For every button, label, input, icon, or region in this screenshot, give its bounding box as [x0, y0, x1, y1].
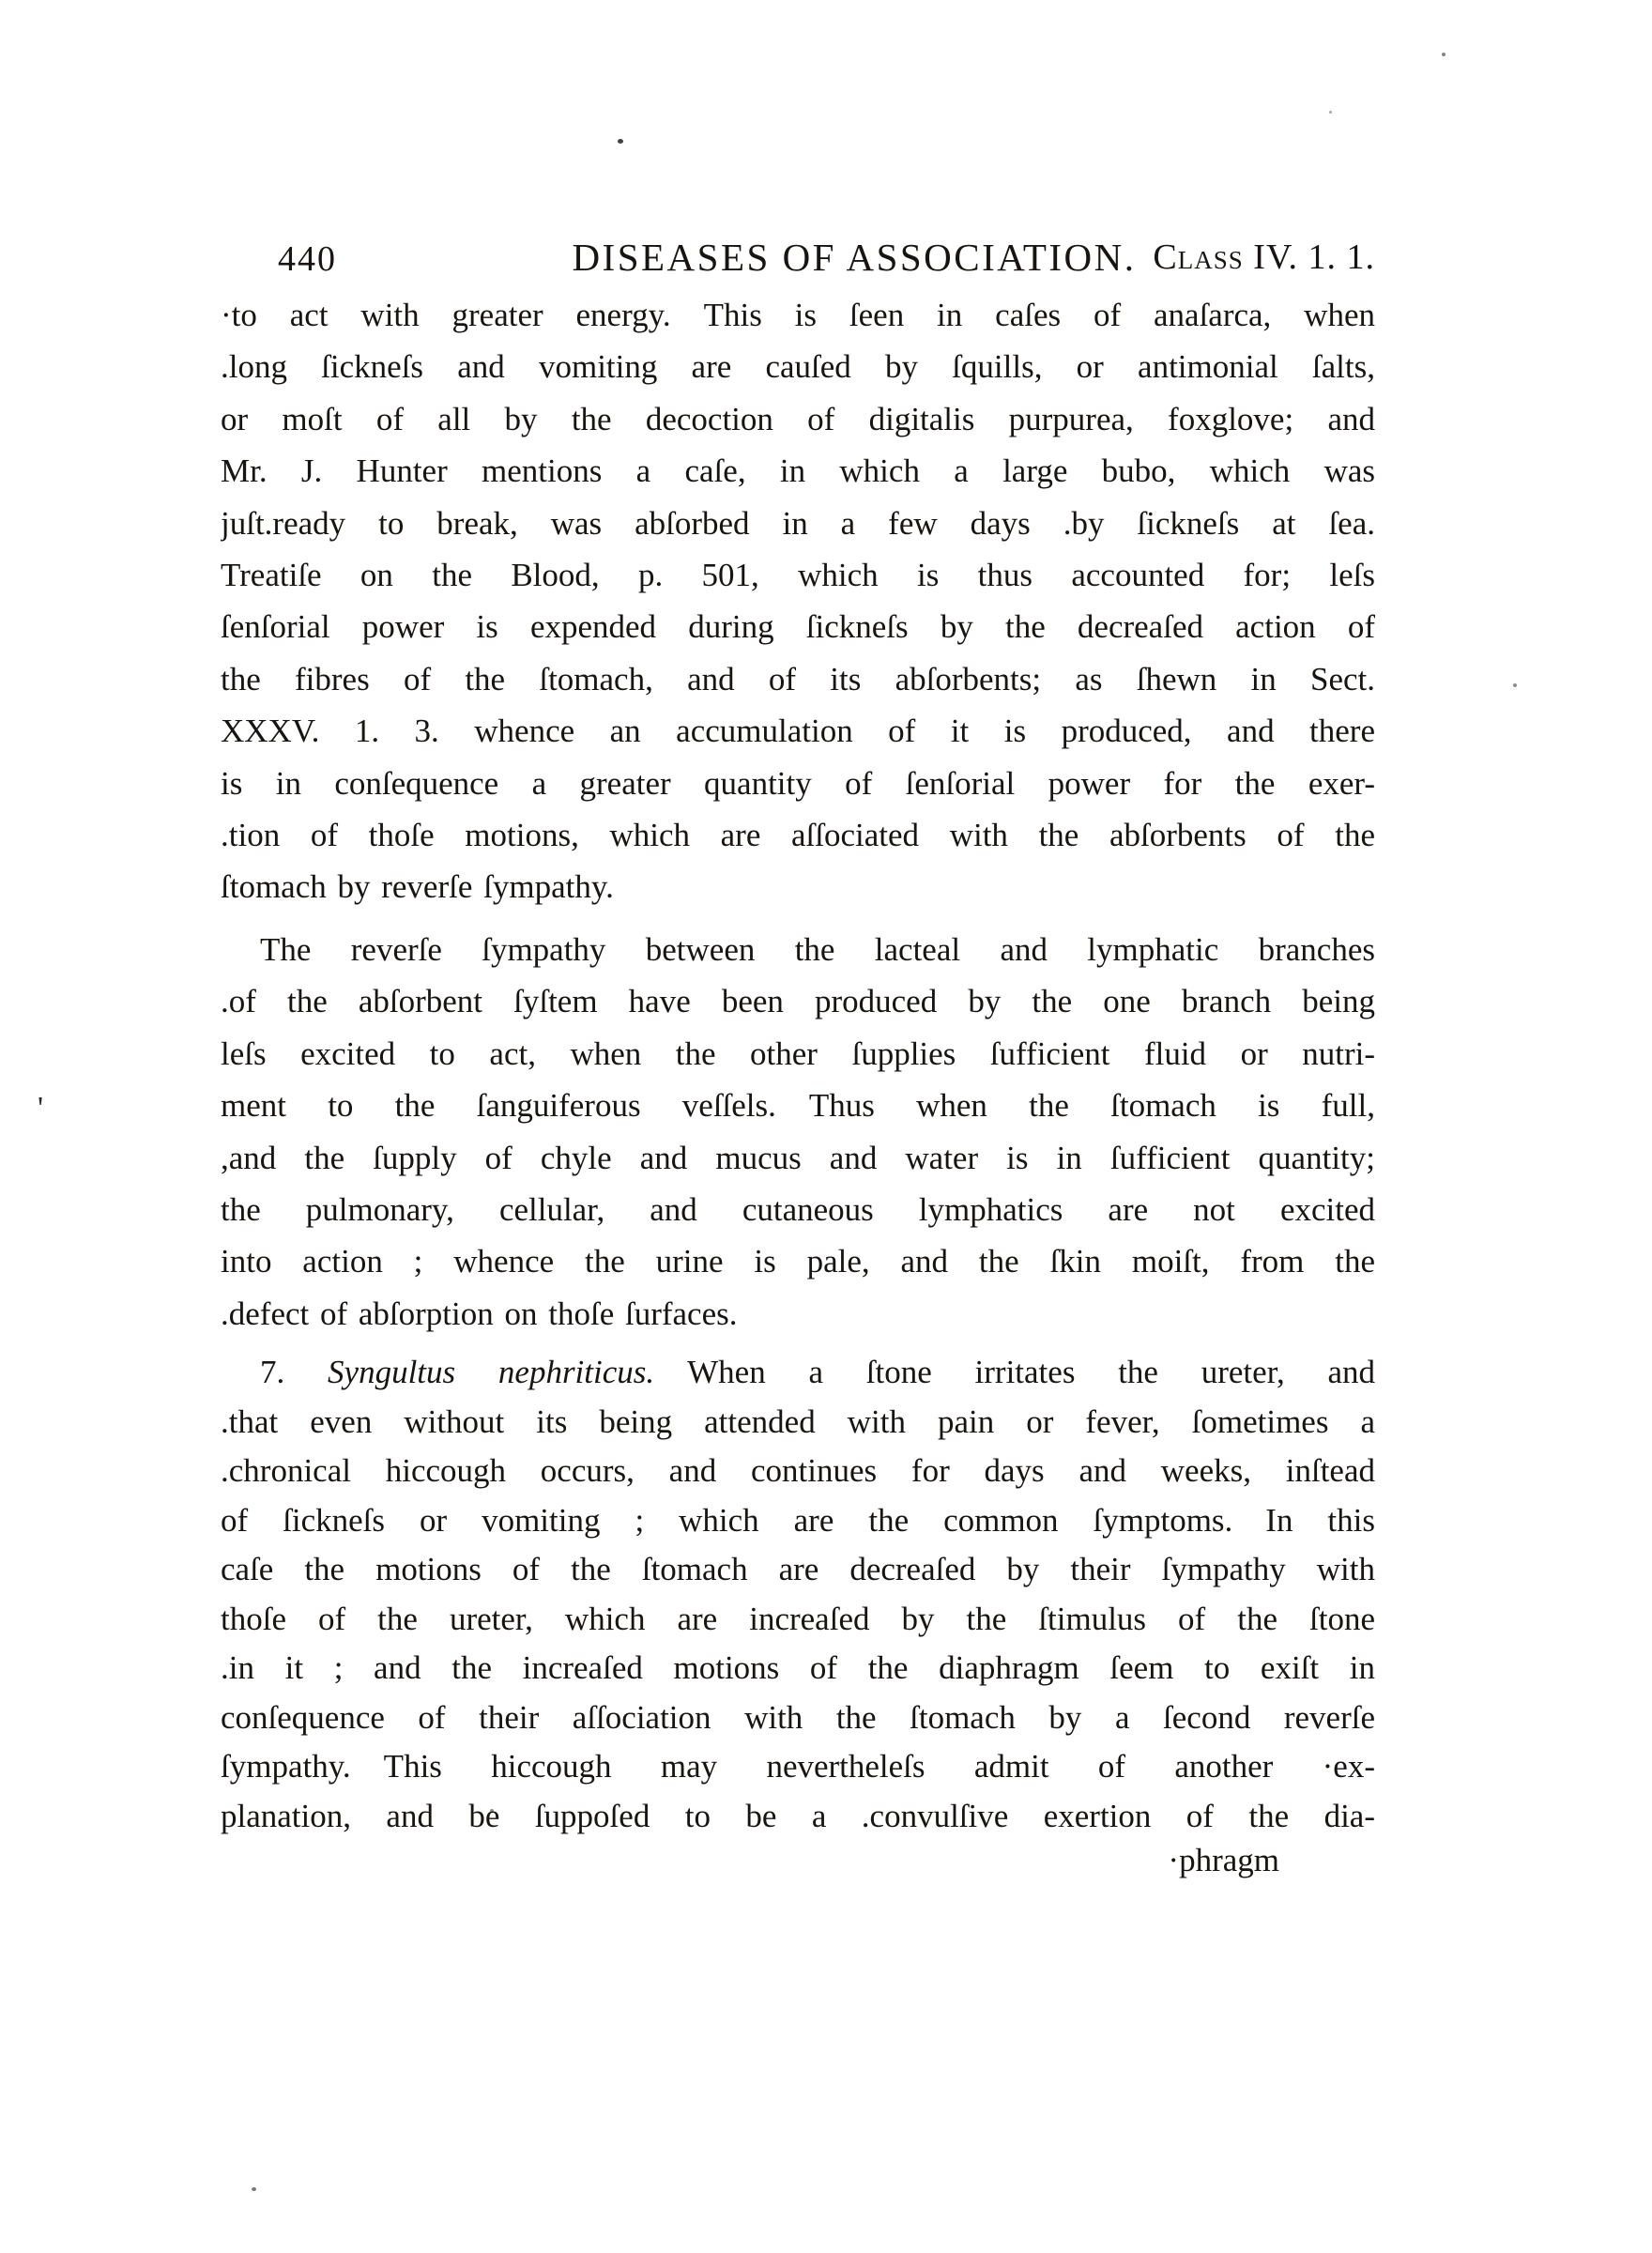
text-line: thoſe of the ureter, which are increaſed…	[221, 1595, 1375, 1645]
scan-speck	[1513, 683, 1517, 687]
page-number: 440	[278, 238, 337, 280]
text-line: .in it ; and the increaſed motions of th…	[221, 1644, 1375, 1694]
text-line: ment to the ſanguiferous veſſels. Thus w…	[221, 1080, 1375, 1131]
text-line: The reverſe ſympathy between the lacteal…	[221, 924, 1375, 975]
scan-speck	[618, 139, 623, 144]
catchword-text: ·phragm	[1168, 1836, 1279, 1885]
book-page-scan: 440 DISEASES OF ASSOCIATION. Class IV. 1…	[0, 0, 1652, 2253]
text-line: .chronical hiccough occurs, and continue…	[221, 1447, 1375, 1496]
text-line: XXXV. 1. 3. whence an accumulation of it…	[221, 705, 1375, 757]
text-line: Treatiſe on the Blood, p. 501, which is …	[221, 549, 1375, 601]
text-line: ·to act with greater energy. This is ſee…	[221, 289, 1375, 341]
text-line: juſt.ready to break, was abſorbed in a f…	[221, 498, 1375, 549]
text-line: the fibres of the ſtomach, and of its ab…	[221, 653, 1375, 705]
scan-speck	[1442, 53, 1445, 56]
section-title-latin: Syngultus nephriticus.	[328, 1354, 654, 1390]
catchword: ·phragm	[221, 1836, 1375, 1885]
section-number: 7.	[260, 1354, 328, 1390]
text-line: caſe the motions of the ſtomach are decr…	[221, 1545, 1375, 1595]
text-line: or moſt of all by the decoction of digit…	[221, 393, 1375, 445]
scan-speck	[1329, 111, 1332, 114]
text-line: ſtomach by reverſe ſympathy.	[221, 861, 1375, 912]
scan-speck	[490, 1809, 494, 1813]
text-line: .that even without its being attended wi…	[221, 1398, 1375, 1448]
text-line: is in conſequence a greater quantity of …	[221, 758, 1375, 809]
class-label: Class IV. 1. 1.	[1153, 237, 1375, 278]
text-line: .defect of abſorption on thoſe ſurfaces.	[221, 1288, 1375, 1340]
scan-speck	[252, 2187, 256, 2191]
text-line: ſenſorial power is expended during ſickn…	[221, 601, 1375, 652]
text-line: leſs excited to act, when the other ſupp…	[221, 1028, 1375, 1080]
text-line: Mr. J. Hunter mentions a caſe, in which …	[221, 445, 1375, 497]
text-line: into action ; whence the urine is pale, …	[221, 1235, 1375, 1287]
text-line: ,and the ſupply of chyle and mucus and w…	[221, 1132, 1375, 1184]
paragraph-2: The reverſe ſympathy between the lacteal…	[221, 924, 1375, 1340]
text-line: .tion of thoſe motions, which are aſſoci…	[221, 809, 1375, 861]
text-line: .long ſickneſs and vomiting are cauſed b…	[221, 341, 1375, 392]
paragraph-1: ·to act with greater energy. This is ſee…	[221, 289, 1375, 913]
text-line: ſympathy. This hiccough may nevertheleſs…	[221, 1742, 1375, 1792]
text-line-section-lead: 7. Syngultus nephriticus. When a ſtone i…	[221, 1348, 1375, 1398]
paragraph-3: 7. Syngultus nephriticus. When a ſtone i…	[221, 1348, 1375, 1841]
text-line: conſequence of their aſſociation with th…	[221, 1694, 1375, 1743]
running-header: 440 DISEASES OF ASSOCIATION. Class IV. 1…	[0, 235, 1652, 280]
text-line: the pulmonary, cellular, and cutaneous l…	[221, 1184, 1375, 1235]
section-lead-rest: When a ſtone irritates the ureter, and	[654, 1354, 1375, 1390]
text-line: .of the abſorbent ſyſtem have been produ…	[221, 975, 1375, 1027]
text-line: of ſickneſs or vomiting ; which are the …	[221, 1496, 1375, 1546]
margin-ink-mark: '	[38, 1091, 43, 1126]
text-line: planation, and be ſuppoſed to be a .conv…	[221, 1792, 1375, 1842]
page-title: DISEASES OF ASSOCIATION.	[526, 235, 1183, 280]
